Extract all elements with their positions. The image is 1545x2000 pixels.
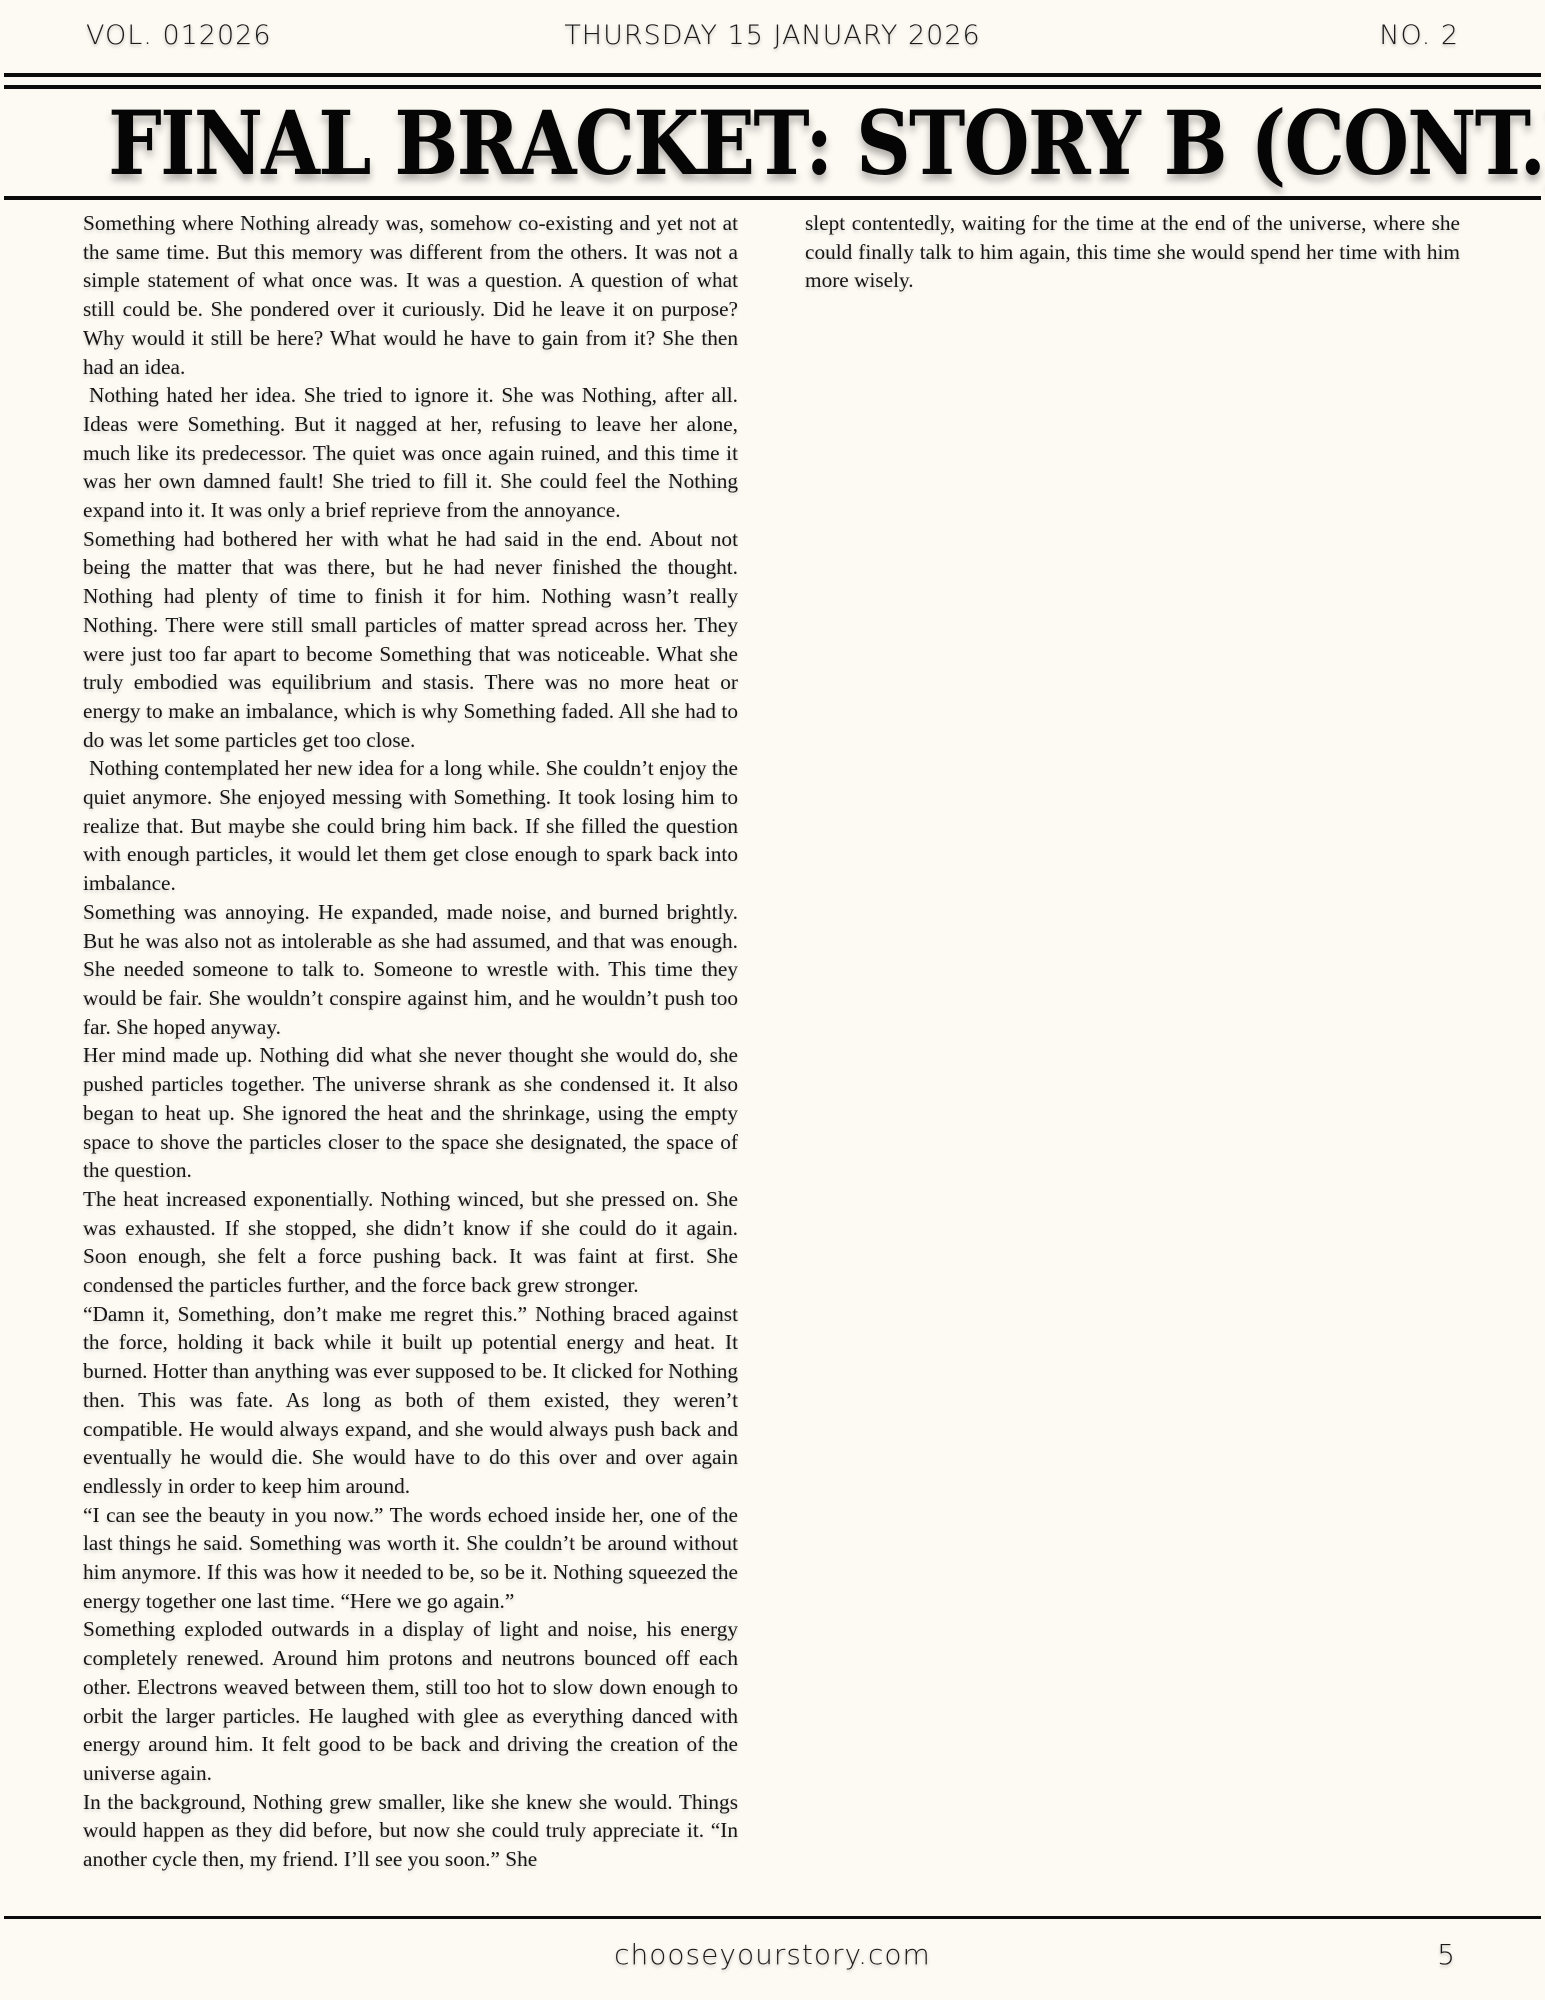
headline-rule	[4, 196, 1541, 200]
paragraph: slept contentedly, waiting for the time …	[805, 209, 1460, 295]
article-column-right: slept contentedly, waiting for the time …	[805, 209, 1460, 295]
paragraph: Something where Nothing already was, som…	[83, 209, 738, 381]
issue-date: THURSDAY 15 JANUARY 2026	[0, 20, 1545, 51]
page-headline: FINAL BRACKET: STORY B (CONT.)	[108, 93, 1437, 193]
paragraph: In the background, Nothing grew smaller,…	[83, 1788, 738, 1874]
paragraph: Something exploded outwards in a display…	[83, 1615, 738, 1787]
issue-number: NO. 2	[1379, 20, 1459, 51]
paragraph: Nothing hated her idea. She tried to ign…	[83, 381, 738, 525]
paragraph: Something had bothered her with what he …	[83, 525, 738, 755]
masthead-rule-bottom	[4, 85, 1541, 89]
paragraph: The heat increased exponentially. Nothin…	[83, 1185, 738, 1300]
paragraph: “I can see the beauty in you now.” The w…	[83, 1501, 738, 1616]
article-column-left: Something where Nothing already was, som…	[83, 209, 738, 1874]
masthead-rule-top	[4, 73, 1541, 77]
masthead: VOL. 012026 THURSDAY 15 JANUARY 2026 NO.…	[0, 0, 1545, 72]
footer-rule	[4, 1916, 1541, 1919]
paragraph: “Damn it, Something, don’t make me regre…	[83, 1300, 738, 1501]
paragraph: Something was annoying. He expanded, mad…	[83, 898, 738, 1042]
paragraph: Nothing contemplated her new idea for a …	[83, 754, 738, 898]
paragraph: Her mind made up. Nothing did what she n…	[83, 1041, 738, 1185]
footer-website: chooseyourstory.com	[0, 1938, 1545, 1971]
page-number: 5	[1437, 1938, 1455, 1971]
